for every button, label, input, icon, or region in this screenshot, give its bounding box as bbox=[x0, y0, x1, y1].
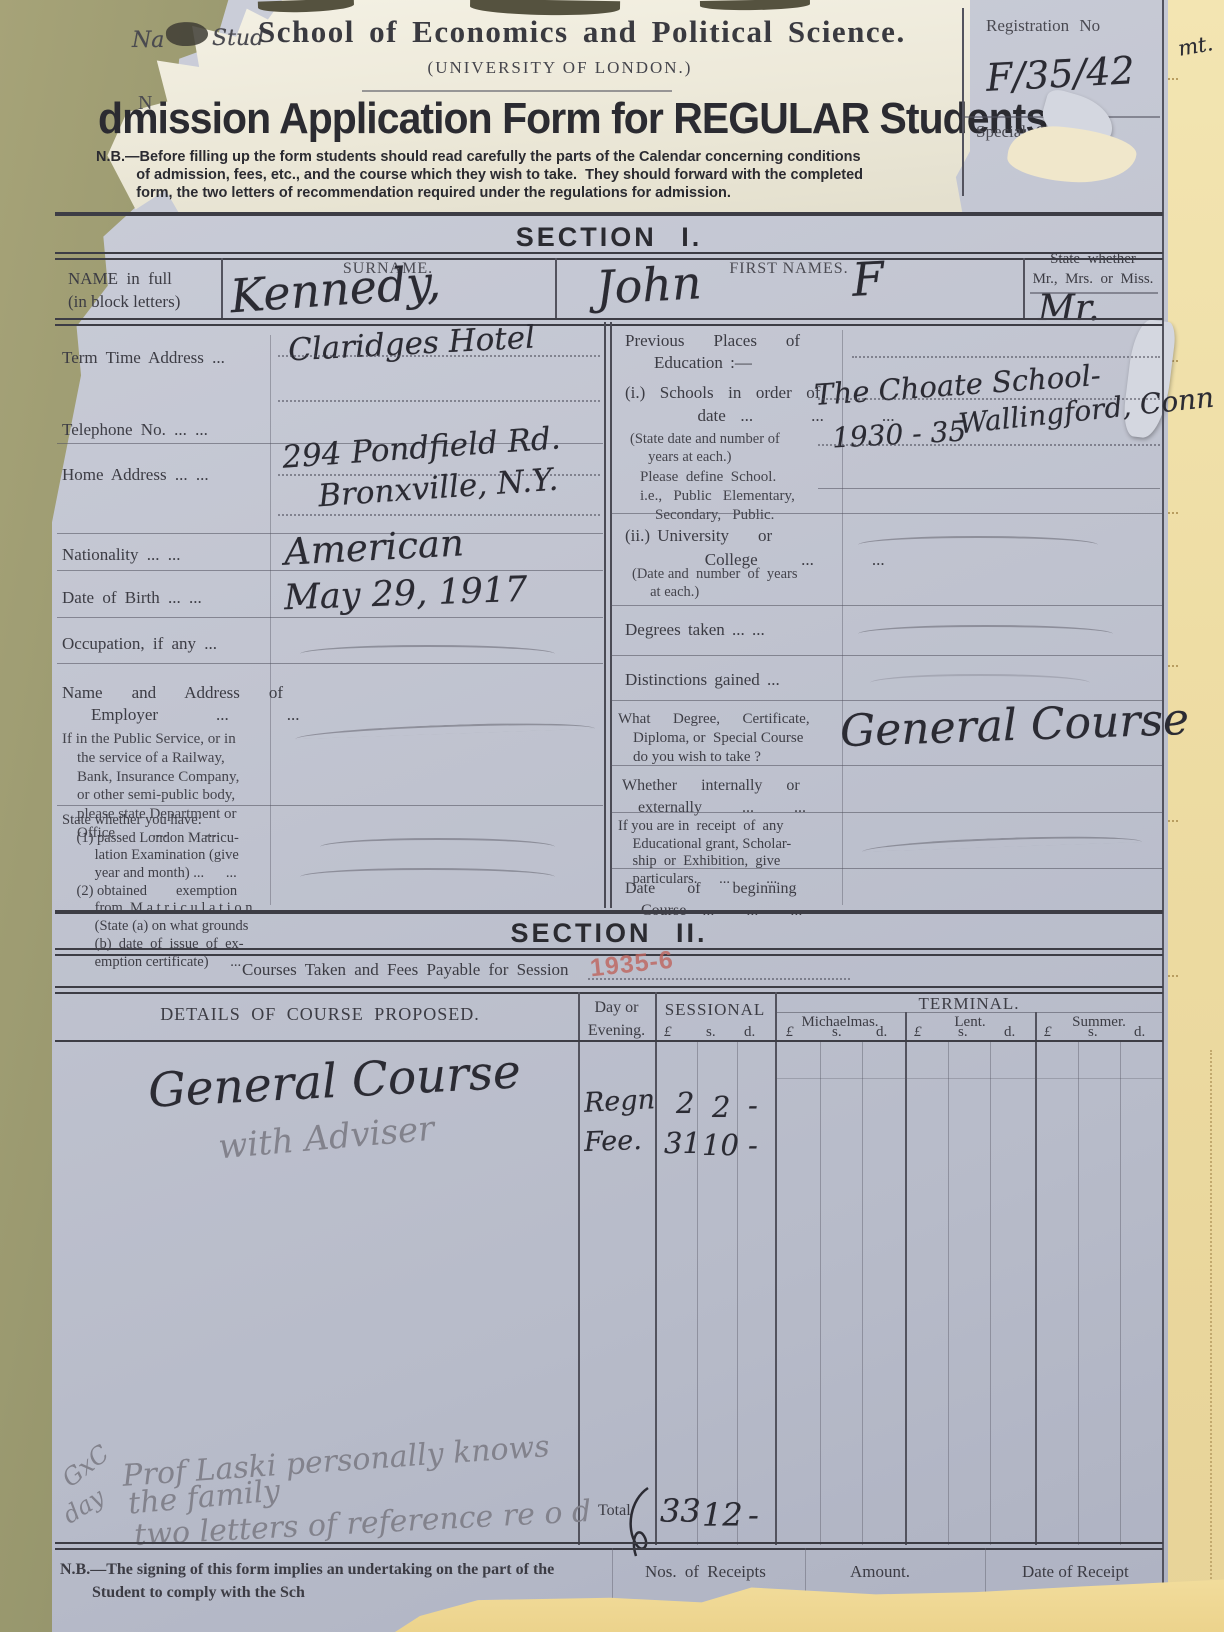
row-rule bbox=[818, 488, 1160, 489]
begin-course-label: Date of beginning Course ... ... ... bbox=[625, 878, 802, 921]
pound-col-header: £ bbox=[664, 1024, 672, 1041]
regn-shillings: 2 bbox=[712, 1090, 730, 1124]
employer-label: Name and Address of Employer ... ... bbox=[62, 682, 300, 726]
footer-nb-note: N.B.—The signing of this form implies an… bbox=[60, 1558, 620, 1604]
university-note: (Date and number of years at each.) bbox=[632, 565, 797, 601]
pound-col-header: £ bbox=[786, 1024, 794, 1041]
degrees-taken-label: Degrees taken ... ... bbox=[625, 620, 765, 640]
left-label-divider bbox=[270, 335, 271, 905]
torn-text-fragment: Na bbox=[132, 28, 164, 53]
receipts-label: Nos. of Receipts bbox=[645, 1562, 766, 1582]
backing-dotted-column bbox=[1210, 1050, 1212, 1610]
row-rule bbox=[610, 765, 1163, 766]
table-header-bottom-rule bbox=[55, 1040, 1163, 1042]
s-col-header: s. bbox=[706, 1024, 716, 1041]
table-vertical bbox=[655, 992, 657, 1545]
pen-flourish-mark bbox=[622, 1486, 658, 1566]
row-rule bbox=[57, 663, 603, 664]
table-vertical bbox=[1035, 1012, 1037, 1545]
previous-education-label: Previous Places of Education :— bbox=[625, 330, 800, 374]
writing-line bbox=[818, 444, 1160, 446]
date-of-birth-handwriting: May 29, 1917 bbox=[283, 570, 528, 618]
regn-handwriting: Regn bbox=[583, 1084, 656, 1119]
writing-line bbox=[852, 356, 1160, 358]
fee-pence: - bbox=[748, 1128, 758, 1162]
section2-top-rule bbox=[55, 910, 1163, 914]
lent-header: Lent. bbox=[905, 1014, 1035, 1031]
table-top-double-rule bbox=[55, 986, 1163, 994]
total-pounds: 33 bbox=[660, 1492, 701, 1530]
row-rule bbox=[57, 617, 603, 618]
first-initial-handwriting: F bbox=[851, 251, 886, 307]
regn-pence: - bbox=[748, 1088, 758, 1122]
sessional-header: SESSIONAL bbox=[655, 1000, 775, 1020]
writing-line bbox=[278, 400, 600, 402]
s-col-header: s. bbox=[958, 1024, 968, 1041]
row-rule bbox=[610, 655, 1163, 656]
table-vertical bbox=[775, 992, 777, 1545]
table-subcolumn-vertical bbox=[990, 1040, 991, 1545]
d-col-header: d. bbox=[1134, 1024, 1145, 1041]
section2-heading: SECTION II. bbox=[55, 918, 1163, 949]
table-subcolumn-vertical bbox=[1078, 1040, 1079, 1545]
fee-pounds: 31 bbox=[664, 1126, 701, 1160]
fee-shillings: 10 bbox=[702, 1128, 739, 1162]
s-col-header: s. bbox=[1088, 1024, 1098, 1041]
table-subcolumn-vertical bbox=[862, 1040, 863, 1545]
date-of-receipt-label: Date of Receipt bbox=[1022, 1562, 1129, 1582]
registration-box-border bbox=[962, 8, 964, 196]
row-rule bbox=[57, 805, 603, 806]
term-time-address-label: Term Time Address ... bbox=[62, 348, 225, 368]
amount-label: Amount. bbox=[850, 1562, 910, 1582]
day-evening-header: Day or Evening. bbox=[578, 996, 655, 1042]
schools-note: (State date and number of years at each.… bbox=[630, 430, 780, 466]
section1-heading: SECTION I. bbox=[55, 222, 1163, 253]
degree-wish-label: What Degree, Certificate, Diploma, or Sp… bbox=[618, 710, 810, 768]
section1-column-divider bbox=[604, 322, 612, 908]
d-col-header: d. bbox=[876, 1024, 887, 1041]
session-label: Courses Taken and Fees Payable for Sessi… bbox=[242, 960, 569, 980]
scanned-admission-form: mt. Na Stud School of Economics and Poli… bbox=[0, 0, 1224, 1632]
pound-col-header: £ bbox=[914, 1024, 922, 1041]
row-rule bbox=[610, 812, 1163, 813]
occupation-label: Occupation, if any ... bbox=[62, 634, 217, 654]
total-shillings: 12 bbox=[702, 1496, 743, 1534]
table-subcolumn-vertical bbox=[737, 1040, 738, 1545]
d-col-header: d. bbox=[744, 1024, 755, 1041]
regn-pounds: 2 bbox=[676, 1086, 694, 1120]
table-vertical bbox=[905, 1012, 907, 1545]
name-in-full-label: NAME in full (in block letters) bbox=[68, 268, 180, 314]
form-title: dmission Application Form for REGULAR St… bbox=[98, 94, 1058, 144]
terminal-underline bbox=[775, 1012, 1163, 1013]
define-school-note: Please define School. i.e., Public Eleme… bbox=[640, 468, 795, 524]
table-vertical bbox=[578, 992, 580, 1545]
header-rule bbox=[362, 90, 672, 92]
d-col-header: d. bbox=[1004, 1024, 1015, 1041]
row-rule bbox=[610, 868, 1163, 869]
fee-handwriting: Fee. bbox=[583, 1125, 642, 1158]
torn-text-fragment: Stud bbox=[212, 26, 264, 51]
table-subcolumn-vertical bbox=[820, 1040, 821, 1545]
row-rule bbox=[610, 513, 1163, 514]
schools-handwriting-3: 1930 - 35 bbox=[831, 415, 967, 455]
total-pence: - bbox=[748, 1496, 759, 1534]
table-bottom-double-rule bbox=[55, 1542, 1163, 1550]
title-label: State whether Mr., Mrs. or Miss. bbox=[1023, 250, 1163, 289]
table-subcolumn-vertical bbox=[697, 1040, 698, 1545]
pound-col-header: £ bbox=[1044, 1024, 1052, 1041]
writing-line bbox=[278, 514, 600, 516]
s-col-header: s. bbox=[832, 1024, 842, 1041]
nationality-label: Nationality ... ... bbox=[62, 545, 180, 565]
university-subtitle: (UNIVERSITY OF LONDON.) bbox=[300, 58, 820, 78]
date-of-birth-label: Date of Birth ... ... bbox=[62, 588, 202, 608]
table-subcolumn-vertical bbox=[1120, 1040, 1121, 1545]
home-address-label: Home Address ... ... bbox=[62, 465, 209, 485]
first-name-handwriting: John bbox=[595, 255, 703, 314]
section1-top-rule bbox=[55, 212, 1163, 216]
row-rule bbox=[610, 605, 1163, 606]
form-nb-note: N.B.—Before filling up the form students… bbox=[96, 148, 976, 202]
terminal-header: TERMINAL. bbox=[775, 994, 1163, 1014]
table-subcolumn-vertical bbox=[948, 1040, 949, 1545]
details-of-course-header: DETAILS OF COURSE PROPOSED. bbox=[90, 1004, 550, 1025]
school-title: School of Economics and Political Scienc… bbox=[258, 14, 906, 50]
telephone-label: Telephone No. ... ... bbox=[62, 420, 208, 440]
table-faint-row-rule bbox=[775, 1078, 1163, 1079]
writing-line bbox=[278, 355, 600, 357]
registration-label: Registration No bbox=[986, 16, 1100, 36]
distinctions-label: Distinctions gained ... bbox=[625, 670, 780, 690]
